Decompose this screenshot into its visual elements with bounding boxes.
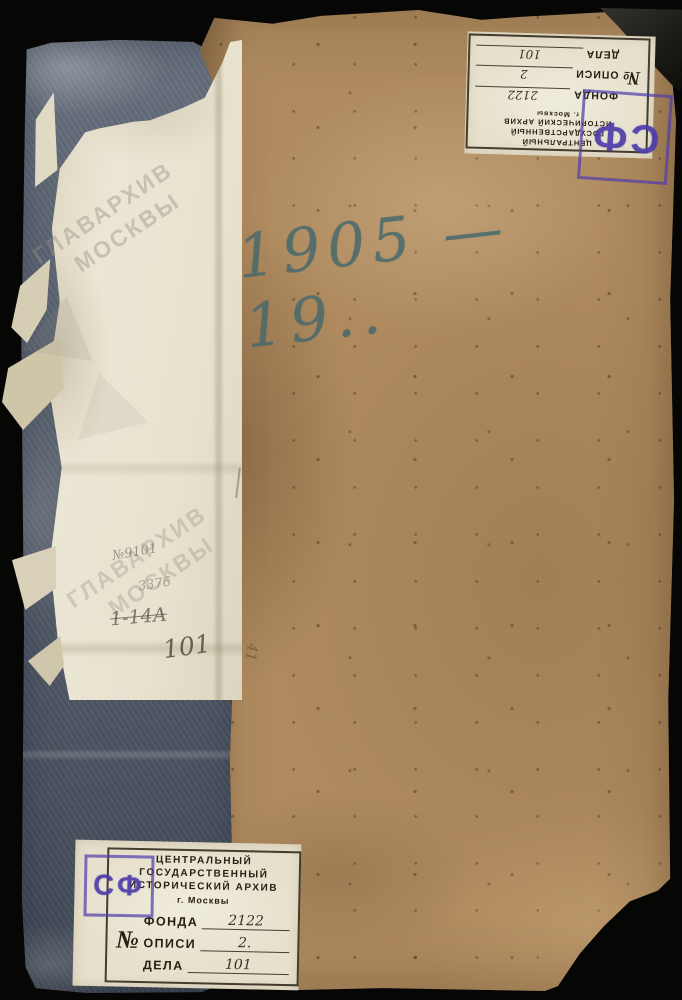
row-value-handwritten: 2 [475,65,572,83]
row-value-handwritten: 2122 [202,912,290,931]
row-label: ДЕЛА [143,958,184,973]
stamp-rows: ФОНДА 2122 ОПИСИ 2. ДЕЛА 101 [143,906,294,981]
row-label: ДЕЛА [586,47,620,60]
row-label: ОПИСИ [575,68,619,81]
row-value-handwritten: 101 [476,44,583,62]
stamp-row-opis: ОПИСИ 2. [143,933,289,953]
stamp-row-delo: ДЕЛА 101 [143,955,289,975]
row-value-handwritten: 2122 [475,86,571,104]
stamp-row-fond: ФОНДА 2122 [144,911,290,931]
sf-ink-stamp-top: СФ [577,89,673,185]
stamp-row-delo: ДЕЛА 101 [476,44,619,63]
row-label: ОПИСИ [143,936,196,951]
row-value-handwritten: 2. [200,934,290,953]
stamp-row-opis: ОПИСИ 2 [475,65,618,84]
archival-book-cover-photo: ГЛАВАРХИВ МОСКВЫ ГЛАВАРХИВ МОСКВЫ №9101 … [0,0,682,1000]
row-value-handwritten: 101 [187,956,289,975]
sf-ink-stamp-bottom: СФ [83,854,154,917]
